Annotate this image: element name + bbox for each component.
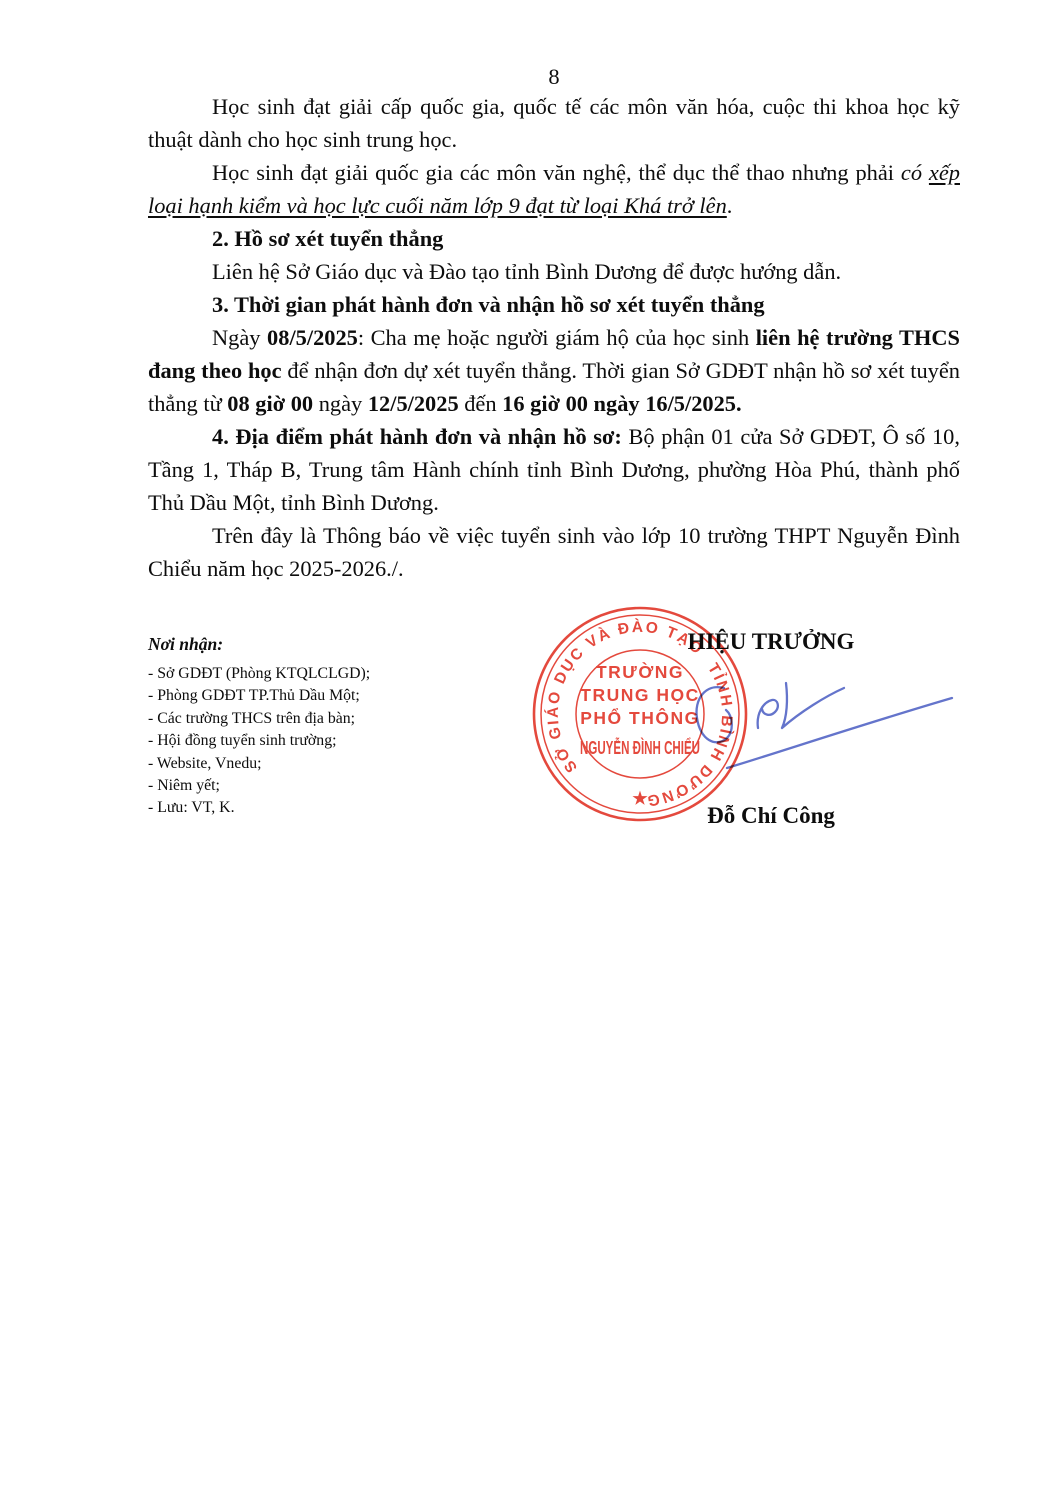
- document-body: Học sinh đạt giải cấp quốc gia, quốc tế …: [148, 90, 960, 585]
- recipient-item: - Sở GDĐT (Phòng KTQLCLGD);: [148, 663, 548, 685]
- paragraph-national-awards: Học sinh đạt giải cấp quốc gia, quốc tế …: [148, 90, 960, 156]
- recipient-item: - Lưu: VT, K.: [148, 797, 548, 819]
- paragraph-closing: Trên đây là Thông báo về việc tuyển sinh…: [148, 519, 960, 585]
- paragraph-contact: Liên hệ Sở Giáo dục và Đào tạo tỉnh Bình…: [148, 255, 960, 288]
- recipient-item: - Website, Vnedu;: [148, 753, 548, 775]
- signature-squiggle: [758, 700, 778, 728]
- paragraph-arts-sports-awards: Học sinh đạt giải quốc gia các môn văn n…: [148, 156, 960, 222]
- section-heading-3: 3. Thời gian phát hành đơn và nhận hồ sơ…: [148, 288, 960, 321]
- star-icon: ★: [632, 789, 648, 808]
- signature-autograph: [678, 652, 978, 792]
- recipient-item: - Các trường THCS trên địa bàn;: [148, 708, 548, 730]
- paragraph-schedule: Ngày 08/5/2025: Cha mẹ hoặc người giám h…: [148, 321, 960, 420]
- stamp-center-line1: TRƯỜNG: [596, 661, 684, 682]
- signature-stroke: [782, 683, 844, 728]
- recipient-item: - Phòng GDĐT TP.Thủ Dầu Một;: [148, 685, 548, 707]
- recipient-item: - Niêm yết;: [148, 775, 548, 797]
- recipients-block: Nơi nhận: - Sở GDĐT (Phòng KTQLCLGD); - …: [148, 634, 548, 820]
- section-heading-2: 2. Hồ sơ xét tuyển thẳng: [148, 222, 960, 255]
- paragraph-location: 4. Địa điểm phát hành đơn và nhận hồ sơ:…: [148, 420, 960, 519]
- signature-loop: [697, 687, 732, 742]
- section-heading-4: 4. Địa điểm phát hành đơn và nhận hồ sơ:: [212, 424, 628, 449]
- document-page: 8 Học sinh đạt giải cấp quốc gia, quốc t…: [0, 0, 1061, 1500]
- page-number: 8: [148, 64, 960, 90]
- recipients-title: Nơi nhận:: [148, 634, 548, 655]
- recipient-item: - Hội đồng tuyển sinh trường;: [148, 730, 548, 752]
